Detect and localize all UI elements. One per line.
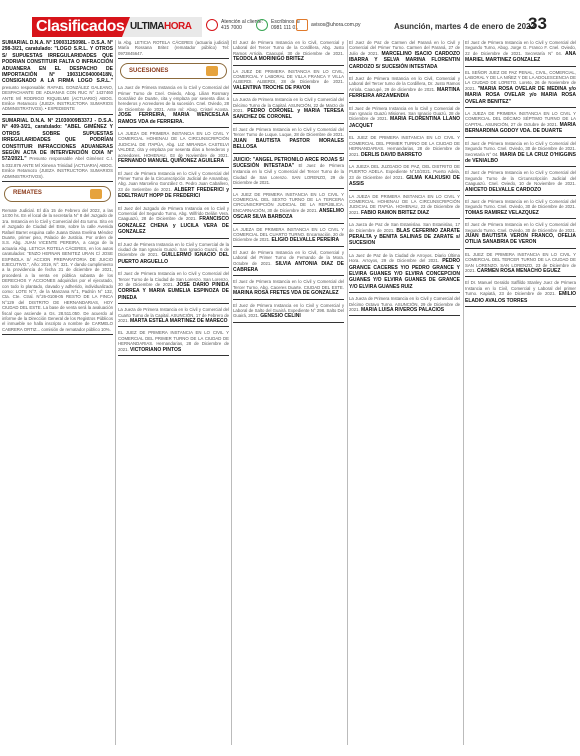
whatsapp-contact: Escríbinos al0981 111 01 [256, 19, 300, 31]
column-divider [115, 40, 116, 745]
classified-notice: EL JUEZ DE PRIMERA INSTANCIA EN LO CIVIL… [465, 252, 576, 278]
logo-part-hora: HORA [164, 21, 191, 32]
notice-title: "MARIA ROSA OVELAR DE MEDINA y/o MARIA R… [465, 86, 576, 105]
notice-title: JUAN BAUTISTA VERON FRANCO, OFELIA OTILI… [465, 233, 576, 245]
classified-notice: LA JUEZA DEL JUZGADO DE PAZ, DEL DISTRIT… [349, 164, 460, 191]
notice-body: El Juez de Primera Instancia en lo Civil… [465, 40, 576, 56]
classified-notice: El Juez de Primera Instancia en lo Civil… [233, 40, 344, 66]
notice-body: Remate Judicial. El día 15 de Febrero de… [2, 208, 113, 332]
column-3: El Juez de Primera Instancia en lo Civil… [233, 40, 344, 326]
classified-notice: El Juez del Juzgado de Primera Instancia… [118, 206, 229, 239]
classified-notice: SUMARIAL D.N.A. N° 21030009B337J - D.S.A… [2, 118, 113, 182]
classified-notice: JUICIO: "ANGEL PETRONILO ARCE ROJAS S/ S… [233, 157, 344, 189]
classified-notice: El Juez de Primera Instancia en lo Civil… [118, 242, 229, 269]
column-5: El Juez de Primera Instancia en lo Civil… [465, 40, 576, 310]
classified-notice: El Juez de Primera Instancia en lo Civil… [233, 303, 344, 323]
classified-notice: La Jueza de Primera Instancia en lo Civi… [349, 296, 460, 316]
classified-notice: La Juez de Paz de la Ciudad de Arroyos. … [349, 253, 460, 293]
section-brand: Clasificados [32, 17, 132, 37]
section-badge-remates: REMATES [4, 186, 111, 202]
classified-notice: LA JUEZA DE PRIMERA INSTANCIA EN LO CIVI… [118, 131, 229, 167]
classified-notice: El Juez de Primera Instancia en lo Civil… [465, 199, 576, 219]
column-divider [231, 40, 232, 745]
newspaper-logo: ULTIMAHORA [122, 17, 202, 37]
notice-title: PEDRO CORONEL y MARIA TERESA SANCHEZ DE … [233, 108, 344, 120]
column-4: El Juez de Paz de Carmen del Paraná en l… [349, 40, 460, 319]
notice-body: El Juez de Primera Instancia en lo Civil… [233, 40, 344, 56]
issue-date: Asunción, martes 4 de enero de 2022 [394, 22, 535, 31]
notice-body: la Abg. LETICIA ROTELA CÁCERES (actuaria… [118, 40, 229, 56]
email-contact: avisos@uhora.com.py [296, 19, 361, 31]
badge-label: REMATES [13, 191, 42, 196]
notice-body: LA JUEZA DE PRIMERA INSTANCIA EN LO CIVI… [118, 131, 229, 158]
notice-title: JUAN BAUTISTA PASTOR MORALES BELLOSA [233, 138, 344, 150]
classified-notice: SUMARIAL D.N.A. N° 19003125098L - D.S.A.… [2, 40, 113, 115]
classified-notice: EL JUEZ DE PRIMERA INSTANCIA EN LO CIVIL… [118, 330, 229, 356]
notice-body: El Juez de Primera Instancia en lo Civil… [233, 279, 344, 289]
notice-title: VICTORIANO PINTOS [130, 347, 181, 353]
page-header: Clasificados ULTIMAHORA Atención al clie… [0, 0, 580, 38]
notice-title: TOMAS RAMIREZ VELAZQUEZ [465, 210, 539, 216]
notice-body: LA JUEZ DE PRIMERA INSTANCIA EN LO CIVIL… [233, 69, 344, 85]
classified-notice: La Jueza de Paz de San Estanislao. San E… [349, 222, 460, 250]
classified-notice: La Jueza de Primera Instancia en lo Civi… [233, 97, 344, 124]
gavel-icon [90, 189, 102, 199]
section-badge-sucesiones: SUCESIONES [120, 63, 227, 79]
notice-title: TEODOLA MORINIGO BRITEZ [233, 56, 304, 62]
classified-notice: la Abg. LETICIA ROTELA CÁCERES (actuaria… [118, 40, 229, 59]
notice-title: MARTA ESTELA MARTINEZ DE MARECO [130, 318, 228, 324]
logo-part-ultima: ULTIMA [130, 21, 164, 32]
classified-notice: LA JUEZA DE PRIMERA INSTANCIA EN LO CIVI… [233, 227, 344, 247]
notice-body: La Juez de Primera Instancia en lo Civil… [118, 85, 229, 112]
classified-notice: Remate Judicial. El día 15 de Febrero de… [2, 208, 113, 335]
classified-notice: El Juez de Primera Instancia en lo Civil… [349, 106, 460, 133]
phone-number: 415 7000 [221, 25, 242, 31]
column-divider [347, 40, 348, 745]
classified-notice: EL JUEZ DE PRIMERA INSTANCIA EN LO CIVIL… [349, 135, 460, 161]
notice-body: presunto responsable: RAFAEL GONZÁLEZ GA… [2, 85, 113, 112]
notice-title: SUMARIAL D.N.A. N° 19003125098L - D.S.A.… [2, 40, 113, 84]
classified-notice: LA JUEZA DE PRIMERA INSTANCIA EN LO CIVI… [465, 111, 576, 138]
badge-label: SUCESIONES [129, 69, 168, 74]
classified-notice: El Juez de Primera Instancia en lo Civil… [118, 271, 229, 304]
classified-notice: LA JUEZ DE PRIMERA INSTANCIA EN LO CIVIL… [233, 69, 344, 95]
notice-title: FERNANDO MANUEL QUIÑONEZ AGUILERA [118, 158, 224, 164]
notice-title: MARINA ROSA FRETES VDA DE GONZALEZ [233, 290, 339, 296]
notice-body: El Juez de Primera Instancia en lo Civil… [465, 222, 576, 232]
classified-notice: La Jueza de Primera Instancia en lo Civi… [118, 307, 229, 327]
classified-notice: El Juez de Primera Instancia en lo Civil… [349, 76, 460, 103]
envelope-icon [296, 19, 308, 31]
notice-title: FABIO RAMON BRITEZ DIAZ [361, 210, 429, 216]
classified-notice: El Juez de Primera Instancia en lo Civil… [233, 279, 344, 299]
notice-title: JOSE FERREIRA, MARIA WENCESLAA RAMOS VDA… [118, 112, 229, 124]
notice-title: VALENTINA TROCHE DE PAVON [233, 85, 310, 91]
phone-icon [206, 19, 218, 31]
column-2: la Abg. LETICIA ROTELA CÁCERES (actuaria… [118, 40, 229, 359]
phone-contact: Atención al cliente:415 7000 [206, 19, 263, 31]
whatsapp-icon [256, 19, 268, 31]
notice-title: ANICETO DELVALLE CARDOZO [465, 187, 541, 193]
classified-notice: El Juez de Paz de Carmen del Paraná en l… [349, 40, 460, 73]
column-1: SUMARIAL D.N.A. N° 19003125098L - D.S.A.… [2, 40, 113, 338]
classified-notice: El Juez de Primera Instancia en lo Civil… [233, 127, 344, 154]
email-address: avisos@uhora.com.py [311, 22, 361, 28]
notice-body: El Juez de Primera Instancia en lo Civil… [465, 170, 576, 186]
classified-notice: El Juez de Primera Instancia en lo Civil… [118, 171, 229, 203]
notice-body: El Juez de Primera Instancia en lo Civil… [465, 199, 576, 209]
classified-notice: El Juez de Primera Instancia en lo Civil… [465, 170, 576, 196]
classified-notice: EL SEÑOR JUEZ DE PAZ PENAL, CIVIL, COMER… [465, 70, 576, 108]
classified-notice: El Juez de Primera Instancia en lo Civil… [465, 141, 576, 168]
classified-notice: El Juez de Primera Instancia en lo Civil… [465, 222, 576, 249]
classified-notice: La Juez de Primera Instancia en lo Civil… [118, 85, 229, 128]
classified-notice: El Dr. Manuel Geraldo Saffildo Stanley J… [465, 280, 576, 307]
whatsapp-number: 0981 111 01 [271, 25, 298, 31]
family-tree-icon [206, 66, 218, 76]
classified-notice: El Juez de Primera Instancia en lo Civil… [465, 40, 576, 67]
notice-title: CARMEN ROSA MENACHO EGUEZ [477, 268, 560, 274]
notice-title: ELIGIO DELVALLE PEREIRA [271, 237, 339, 243]
notice-title: MARIA LUISA RIVEROS PALACIOS [361, 307, 444, 313]
classified-notice: LA JUEZ DE PRIMERA INSTANCIA EN LO CIVIL… [233, 192, 344, 224]
page-number: 33 [528, 14, 547, 34]
notice-title: DERLIS DAVID BARRETO [361, 152, 422, 158]
classified-notice: El Juez de Primera Instancia en lo Civil… [233, 250, 344, 277]
notice-title: GENESIO CELINI [260, 313, 301, 319]
notice-body: El Juez de Primera Instancia en lo Civil… [233, 127, 344, 137]
column-divider [463, 40, 464, 745]
classified-notice: LA JUEZA DE PRIMERA INSTANCIA EN LO CIVI… [349, 194, 460, 220]
